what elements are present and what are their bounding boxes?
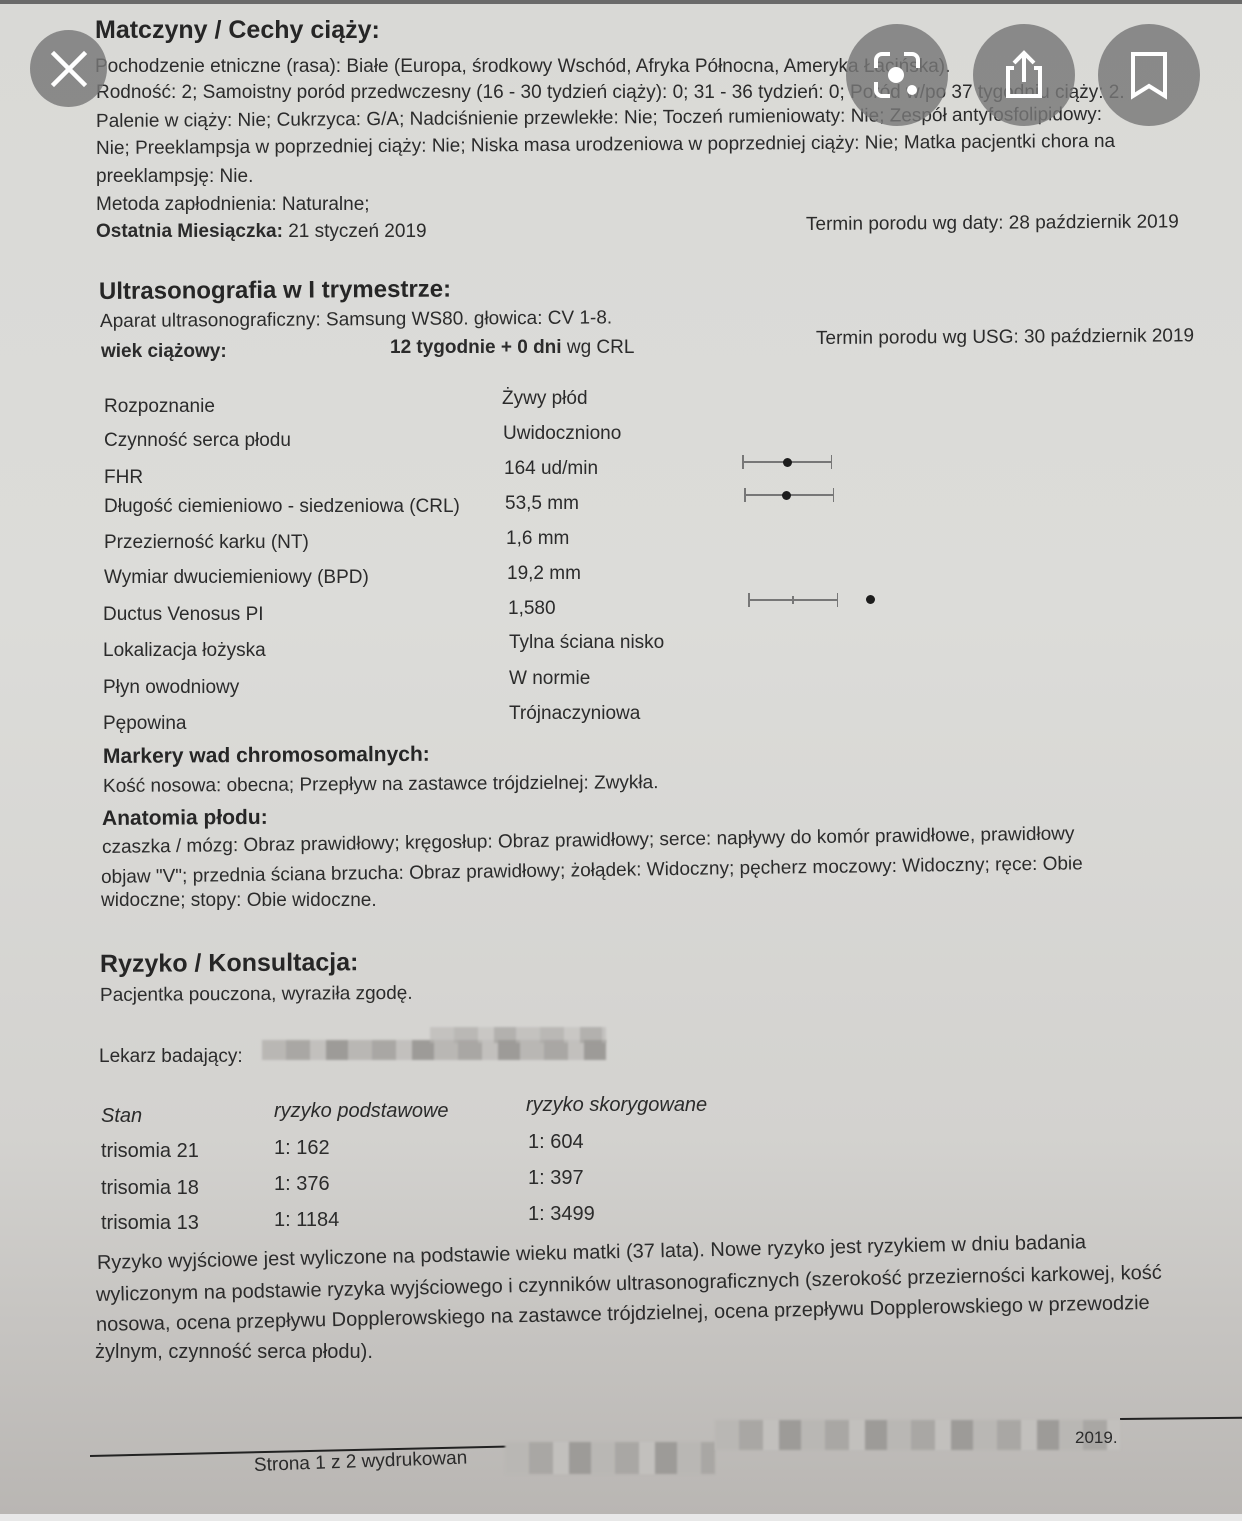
risk-table-cell: 1: 1184 — [274, 1209, 339, 1232]
risk-table-cell: 1: 376 — [274, 1173, 330, 1196]
result-value: Trójnaczyniowa — [509, 703, 640, 725]
result-label: Rozpoznanie — [104, 396, 215, 418]
gestational-age-label: wiek ciążowy: — [101, 341, 227, 363]
fhr-value-dot — [783, 458, 792, 467]
maternal-conditions-1: Palenie w ciąży: Nie; Cukrzyca: G/A; Nad… — [96, 104, 1102, 133]
result-label: Przezierność karku (NT) — [104, 532, 309, 554]
last-menstruation: Ostatnia Miesiączka: 21 styczeń 2019 — [96, 221, 427, 243]
ultrasound-heading: Ultrasonografia w I trymestrze: — [99, 276, 451, 306]
maternal-conditions-2: Nie; Preeklampsja w poprzedniej ciąży: N… — [96, 131, 1115, 160]
risk-table-cell: trisomia 21 — [101, 1140, 199, 1163]
redacted-doctor-name — [262, 1040, 606, 1060]
result-value: 164 ud/min — [504, 458, 598, 480]
result-value: Tylna ściana nisko — [509, 632, 664, 654]
result-label: Lokalizacja łożyska — [103, 640, 266, 662]
result-label: Płyn owodniowy — [103, 677, 239, 699]
result-label: Wymiar dwuciemieniowy (BPD) — [104, 567, 369, 589]
result-value: 1,6 mm — [506, 528, 569, 550]
visual-search-icon — [872, 50, 922, 100]
result-value: 19,2 mm — [507, 563, 581, 585]
result-label: FHR — [104, 467, 143, 489]
due-date-by-lmp: Termin porodu wg daty: 28 październik 20… — [806, 211, 1179, 236]
maternal-parity: Rodność: 2; Samoistny poród przedwczesny… — [96, 82, 1125, 104]
markers-heading: Markery wad chromosomalnych: — [103, 743, 430, 769]
share-button[interactable] — [973, 24, 1075, 126]
gestational-age-value: 12 tygodnie + 0 dni wg CRL — [390, 337, 634, 359]
conception-method: Metoda zapłodnienia: Naturalne; — [96, 194, 370, 216]
lmp-value: 21 styczeń 2019 — [288, 221, 426, 242]
share-icon — [1002, 50, 1046, 100]
maternal-heading: Matczyny / Cechy ciąży: — [95, 16, 380, 45]
result-value: Żywy płód — [502, 388, 588, 410]
redacted-print-info-2 — [715, 1420, 1120, 1450]
close-icon — [50, 50, 88, 88]
visual-search-button[interactable] — [846, 24, 948, 126]
redacted-print-info-1 — [505, 1442, 715, 1474]
risk-table-cell: 1: 162 — [274, 1137, 330, 1160]
dv-pi-range-marker — [748, 593, 838, 607]
result-label: Długość ciemieniowo - siedzeniowa (CRL) — [104, 496, 460, 518]
risk-table-header: ryzyko skorygowane — [526, 1094, 707, 1117]
anatomy-line-3: widoczne; stopy: Obie widoczne. — [101, 890, 377, 912]
result-value: 1,580 — [508, 598, 556, 620]
medical-report: Matczyny / Cechy ciąży: Pochodzenie etni… — [0, 0, 1242, 1521]
bookmark-button[interactable] — [1098, 24, 1200, 126]
result-label: Ductus Venosus PI — [103, 604, 264, 626]
result-value: Uwidoczniono — [503, 423, 621, 445]
footer-date-tail: 2019. — [1075, 1428, 1118, 1448]
risk-note-line-4: żylnym, czynność serca płodu). — [95, 1341, 373, 1364]
maternal-ethnicity: Pochodzenie etniczne (rasa): Białe (Euro… — [95, 56, 950, 78]
crl-value-dot — [782, 491, 791, 500]
due-date-by-usg: Termin porodu wg USG: 30 październik 201… — [816, 325, 1194, 350]
risk-heading: Ryzyko / Konsultacja: — [100, 948, 359, 979]
anatomy-line-2: objaw "V"; przednia ściana brzucha: Obra… — [101, 853, 1083, 889]
result-label: Pępowina — [103, 713, 186, 735]
ultrasound-device: Aparat ultrasonograficzny: Samsung WS80.… — [100, 307, 612, 333]
risk-table-cell: trisomia 13 — [101, 1212, 199, 1235]
result-value: 53,5 mm — [505, 493, 579, 515]
close-button[interactable] — [30, 30, 107, 107]
risk-table-cell: 1: 604 — [528, 1131, 584, 1154]
markers-text: Kość nosowa: obecna; Przepływ na zastawc… — [103, 772, 659, 798]
lmp-label: Ostatnia Miesiączka: — [96, 221, 283, 242]
maternal-conditions-3: preeklampsję: Nie. — [96, 166, 253, 188]
redacted-doctor-name-top — [430, 1027, 606, 1043]
risk-table-header: Stan — [101, 1105, 142, 1128]
result-label: Czynność serca płodu — [104, 430, 291, 452]
dv-pi-value-dot — [866, 595, 875, 604]
bookmark-icon — [1129, 50, 1169, 100]
risk-table-cell: 1: 397 — [528, 1167, 584, 1190]
examining-doctor-label: Lekarz badający: — [99, 1046, 243, 1068]
anatomy-heading: Anatomia płodu: — [102, 806, 268, 831]
risk-table-cell: 1: 3499 — [528, 1203, 595, 1226]
risk-table-cell: trisomia 18 — [101, 1177, 199, 1200]
consent-text: Pacjentka pouczona, wyraziła zgodę. — [100, 983, 413, 1007]
result-value: W normie — [509, 668, 590, 690]
footer-rule-right — [1120, 1417, 1242, 1420]
risk-table-header: ryzyko podstawowe — [274, 1100, 449, 1123]
